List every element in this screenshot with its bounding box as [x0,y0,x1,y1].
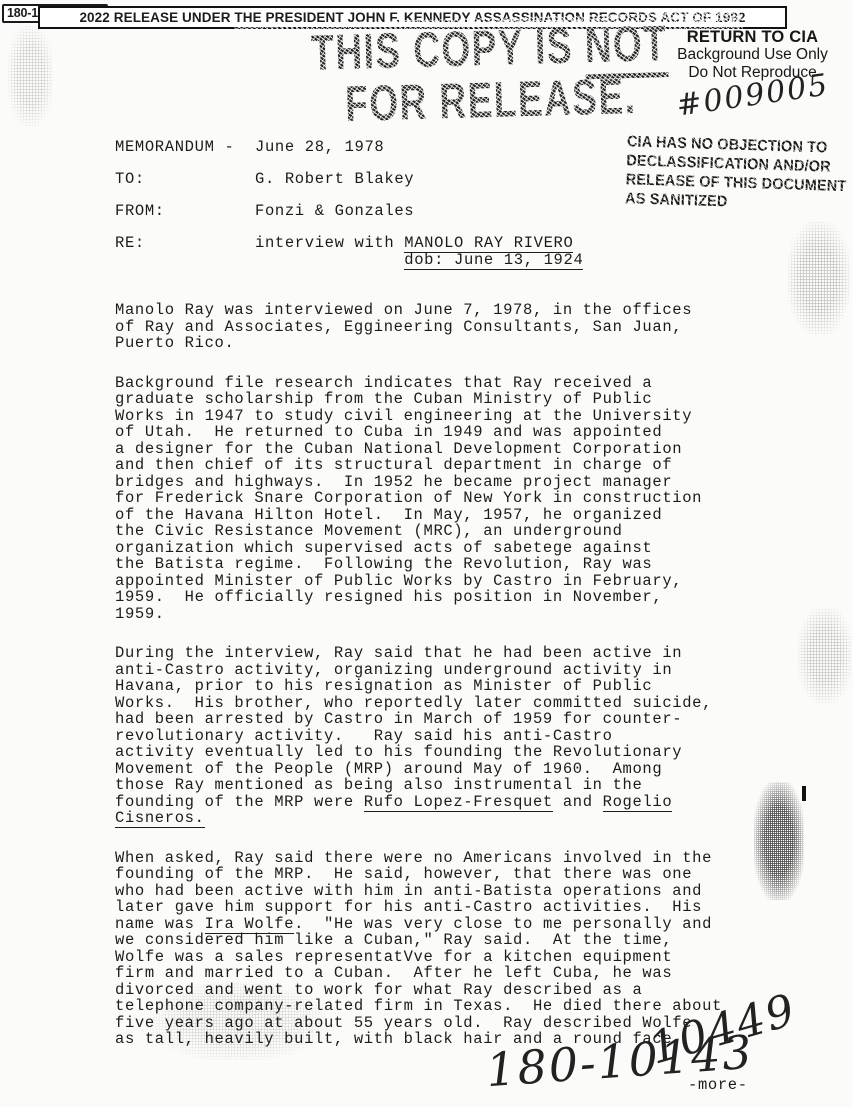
document-page: 180-10143-10449 2022 RELEASE UNDER THE P… [0,0,853,1107]
memo-header-row: MEMORANDUM -June 28, 1978 [115,139,735,156]
memo-header-value: G. Robert Blakey [255,171,414,188]
memo-header-row: TO:G. Robert Blakey [115,171,735,188]
memo-paragraph: During the interview, Ray said that he h… [115,645,805,827]
memo-header: MEMORANDUM -June 28, 1978TO:G. Robert Bl… [115,139,735,284]
memo-header-row: FROM:Fonzi & Gonzales [115,203,735,220]
scan-noise [8,26,53,126]
memo-header-value: June 28, 1978 [255,139,384,156]
memo-header-label: MEMORANDUM - [115,139,255,156]
scan-noise [802,786,806,801]
return-to-cia-line2: Background Use Only [655,46,850,64]
memo-body: Manolo Ray was interviewed on June 7, 19… [115,302,805,1071]
memo-header-label: TO: [115,171,255,188]
memo-header-value: interview with MANOLO RAY RIVERO dob: Ju… [255,235,583,269]
memo-header-label: FROM: [115,203,255,220]
memo-paragraph: Background file research indicates that … [115,375,805,623]
memo-paragraph: Manolo Ray was interviewed on June 7, 19… [115,302,805,352]
stamp-line-2: FOR RELEASE. [305,69,676,131]
return-to-cia-title: RETURN TO CIA [655,28,850,46]
memo-header-row: RE:interview with MANOLO RAY RIVERO dob:… [115,235,735,269]
memo-header-value: Fonzi & Gonzales [255,203,414,220]
memo-header-label: RE: [115,235,255,269]
scan-noise [798,608,852,703]
